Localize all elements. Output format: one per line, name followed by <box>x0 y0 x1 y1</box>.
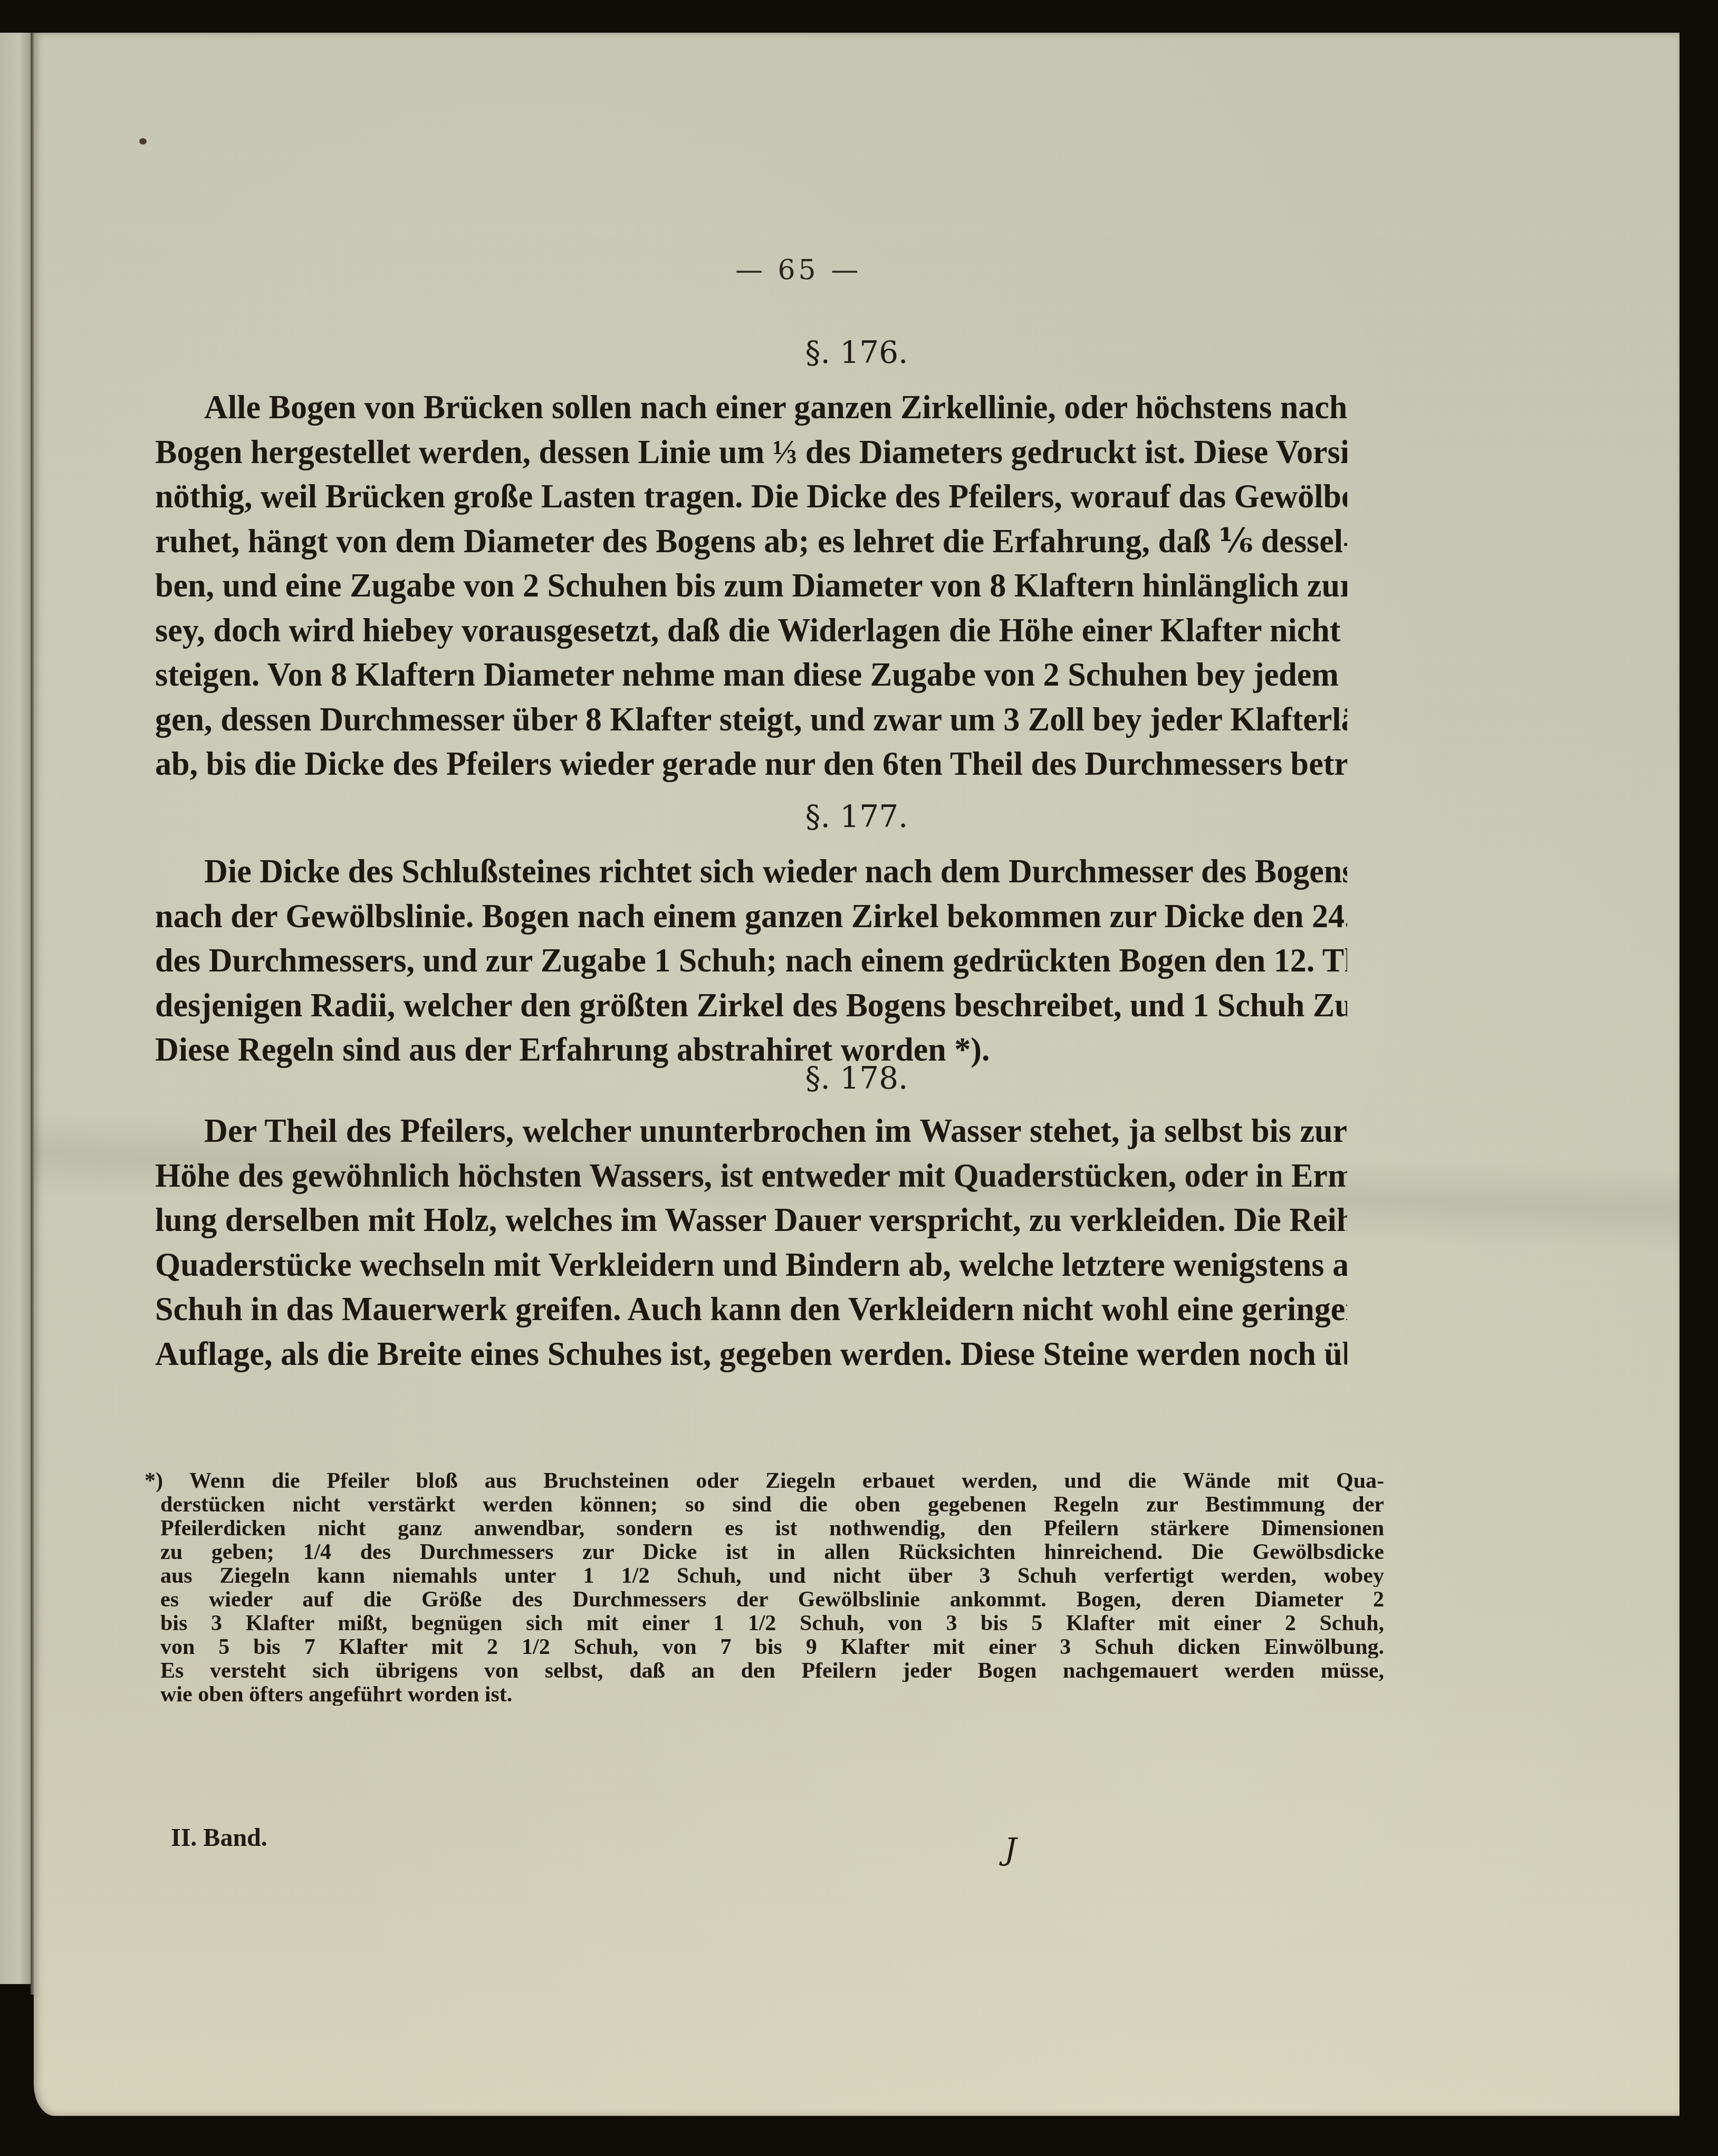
text-line: des Durchmessers, und zur Zugabe 1 Schuh… <box>155 938 1347 983</box>
text-line: nach der Gewölbslinie. Bogen nach einem … <box>155 894 1347 939</box>
text-line: ab, bis die Dicke des Pfeilers wieder ge… <box>155 742 1347 786</box>
text-line: Die Dicke des Schlußsteines richtet sich… <box>155 849 1347 894</box>
book-page: — 65 — §. 176. Alle Bogen von Brücken so… <box>34 33 1679 2116</box>
text-line: gen, dessen Durchmesser über 8 Klafter s… <box>155 697 1347 742</box>
footnote-line: Es versteht sich übrigens von selbst, da… <box>160 1658 1384 1682</box>
footnote-line: Pfeilerdicken nicht ganz anwendbar, sond… <box>160 1516 1384 1539</box>
footnote-line: bis 3 Klafter mißt, begnügen sich mit ei… <box>160 1611 1384 1634</box>
footnote-line: zu geben; 1/4 des Durchmessers zur Dicke… <box>160 1539 1384 1563</box>
footnote-line: *) Wenn die Pfeiler bloß aus Bruchsteine… <box>145 1468 1384 1492</box>
footnote-line: wie oben öfters angeführt worden ist. <box>160 1682 1384 1706</box>
text-line: steigen. Von 8 Klaftern Diameter nehme m… <box>155 652 1347 697</box>
paragraph-176: Alle Bogen von Brücken sollen nach einer… <box>155 385 1347 786</box>
paper-spot <box>139 138 147 145</box>
text-line: Alle Bogen von Brücken sollen nach einer… <box>155 385 1347 430</box>
footnote-line: aus Ziegeln kann niemahls unter 1 1/2 Sc… <box>160 1563 1384 1587</box>
text-line: Quaderstücke wechseln mit Verkleidern un… <box>155 1243 1347 1287</box>
footnote-line: es wieder auf die Größe des Durchmessers… <box>160 1587 1384 1611</box>
footnote: *) Wenn die Pfeiler bloß aus Bruchsteine… <box>160 1468 1384 1706</box>
paragraph-177: Die Dicke des Schlußsteines richtet sich… <box>155 849 1347 1072</box>
text-line: sey, doch wird hiebey vorausgesetzt, daß… <box>155 608 1347 653</box>
section-heading-178: §. 178. <box>34 1060 1679 1096</box>
text-line: Höhe des gewöhnlich höchsten Wassers, is… <box>155 1153 1347 1198</box>
previous-page-edge <box>0 33 32 1984</box>
footnote-line: von 5 bis 7 Klafter mit 2 1/2 Schuh, von… <box>160 1634 1384 1658</box>
text-line: ben, und eine Zugabe von 2 Schuhen bis z… <box>155 563 1347 608</box>
text-line: nöthig, weil Brücken große Lasten tragen… <box>155 474 1347 519</box>
text-line: ruhet, hängt von dem Diameter des Bogens… <box>155 519 1347 564</box>
page-number-header: — 65 — <box>735 254 861 286</box>
text-line: Schuh in das Mauerwerk greifen. Auch kan… <box>155 1287 1347 1332</box>
paragraph-178: Der Theil des Pfeilers, welcher ununterb… <box>155 1109 1347 1376</box>
section-heading-176: §. 176. <box>34 334 1679 370</box>
text-line: lung derselben mit Holz, welches im Wass… <box>155 1198 1347 1243</box>
text-line: Der Theil des Pfeilers, welcher ununterb… <box>155 1109 1347 1153</box>
text-line: Bogen hergestellet werden, dessen Linie … <box>155 430 1347 475</box>
volume-signature: II. Band. <box>171 1823 267 1852</box>
section-heading-177: §. 177. <box>34 798 1679 834</box>
text-line: Auflage, als die Breite eines Schuhes is… <box>155 1332 1347 1377</box>
footnote-line: derstücken nicht verstärkt werden können… <box>160 1492 1384 1516</box>
text-line: desjenigen Radii, welcher den größten Zi… <box>155 983 1347 1028</box>
gathering-signature-mark: J <box>1004 1831 1016 1867</box>
